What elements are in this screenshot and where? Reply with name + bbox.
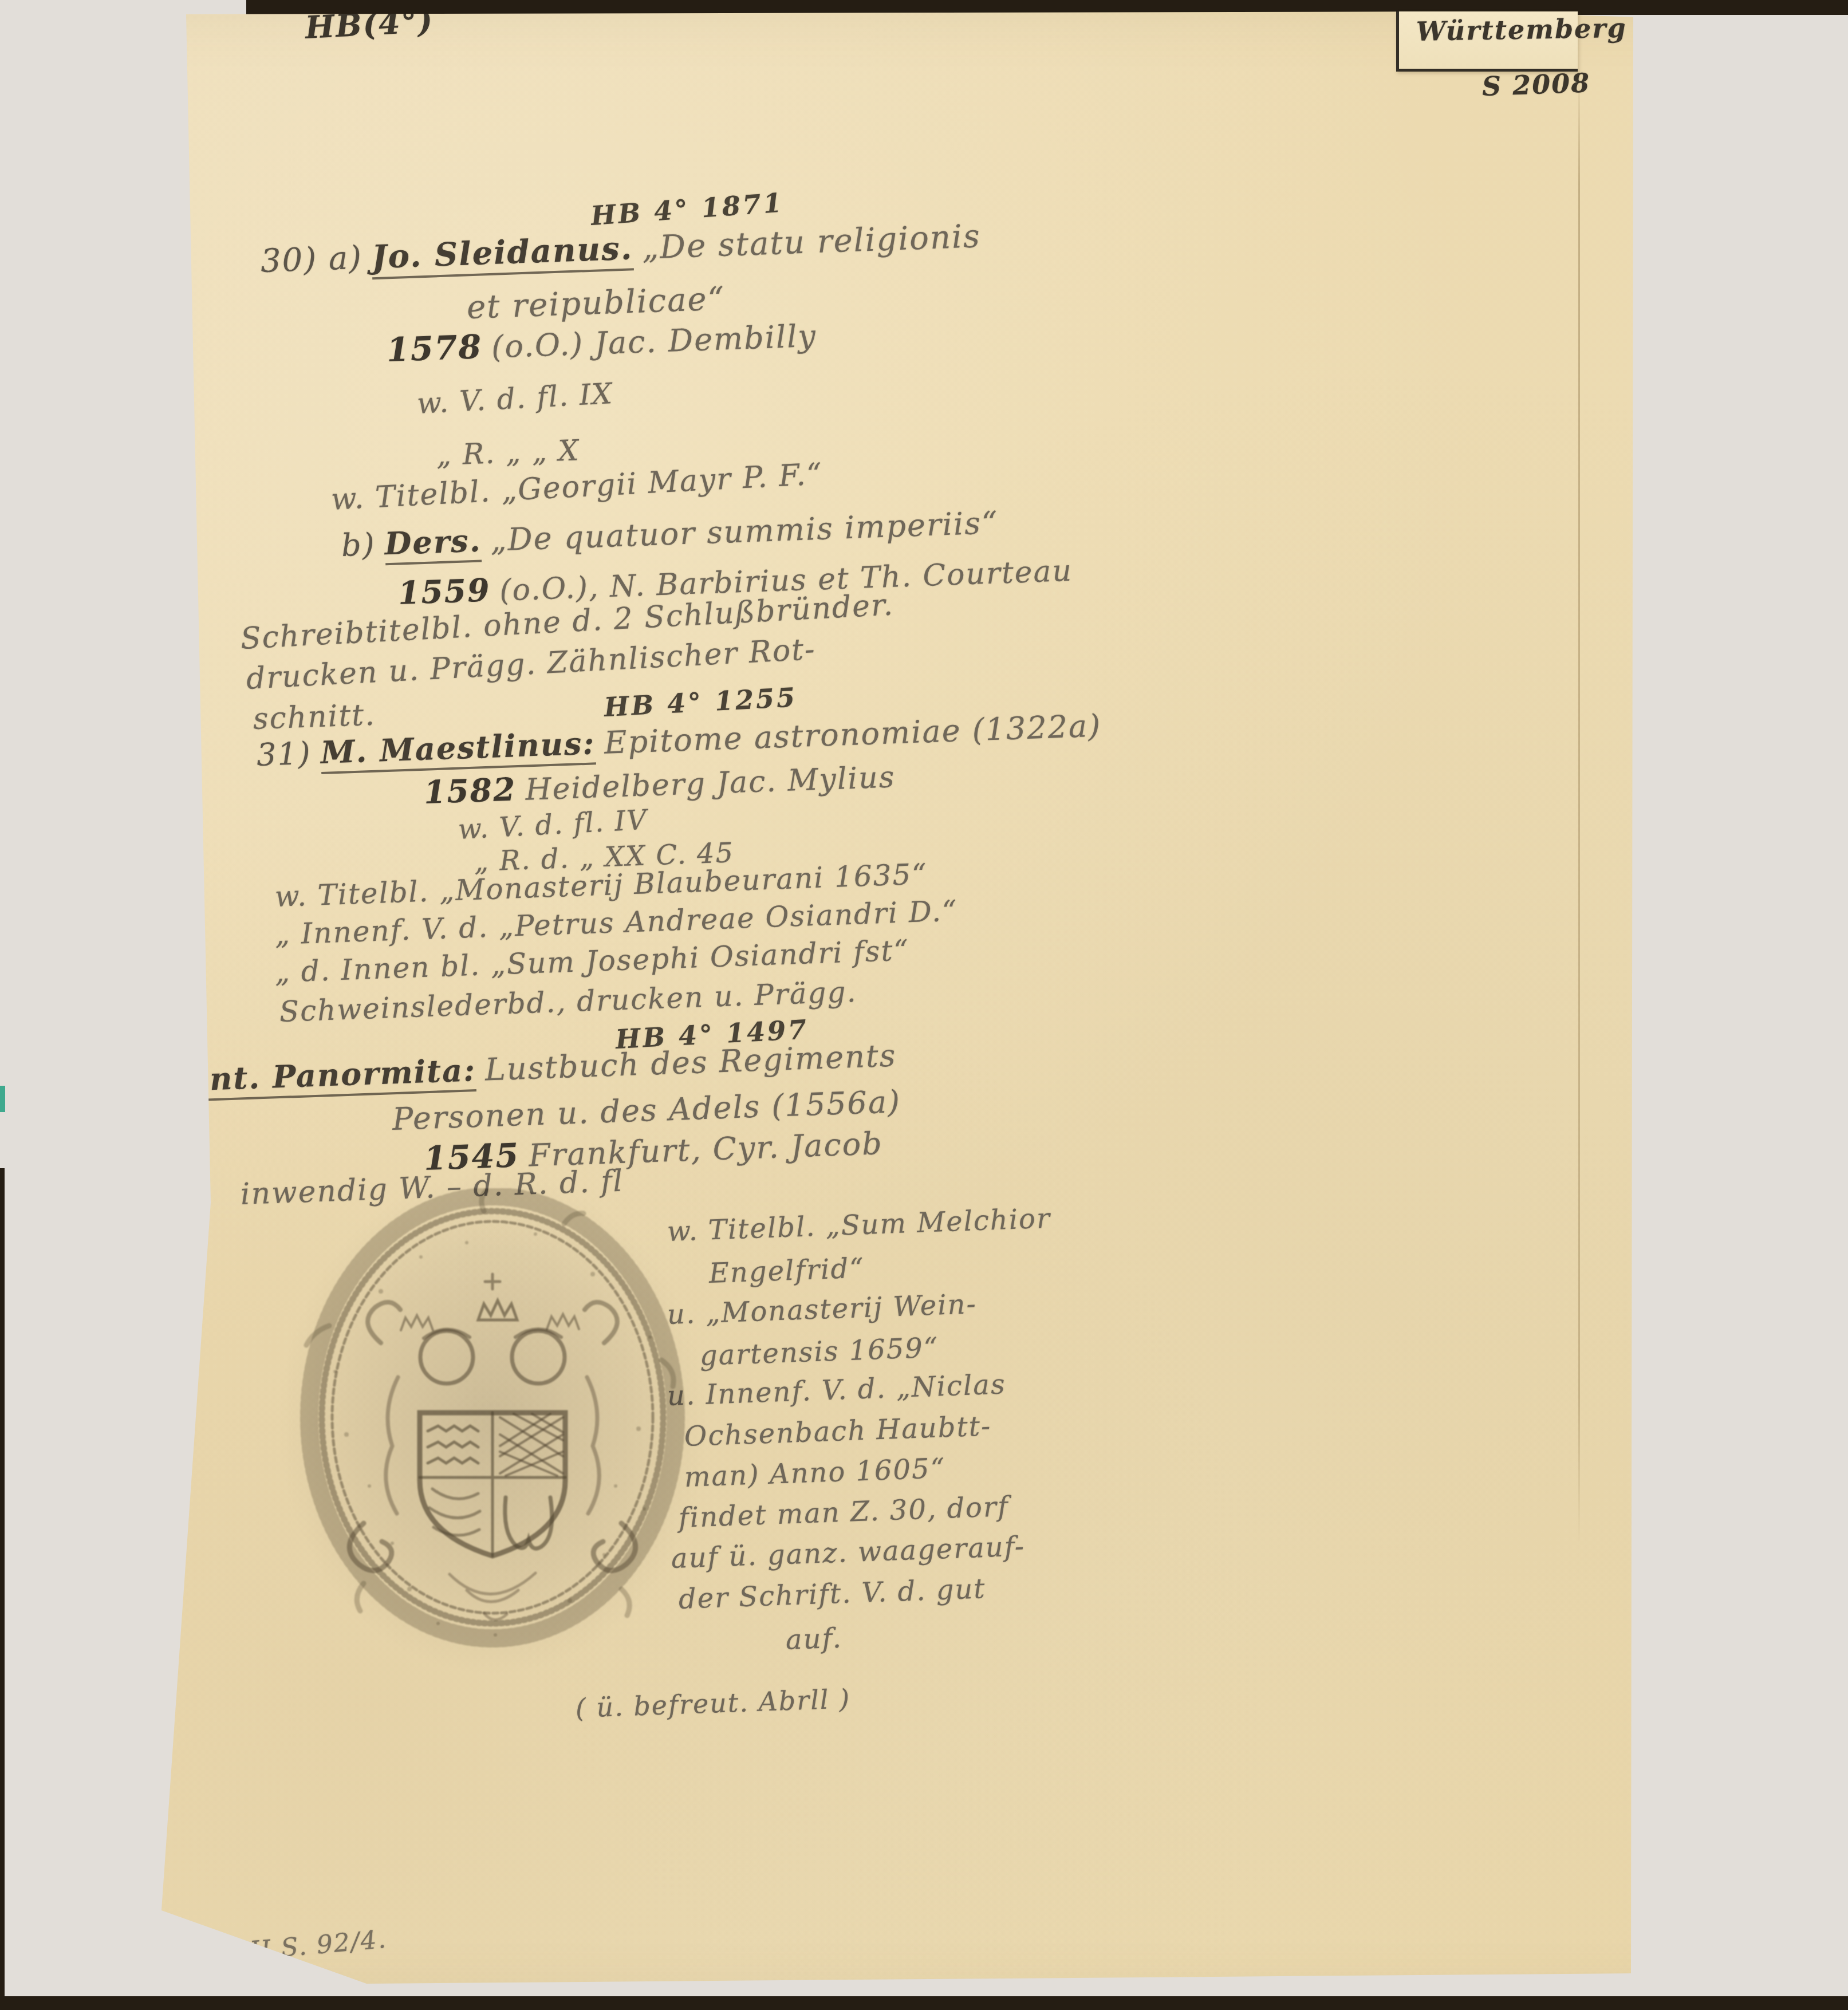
coat-of-arms-seal xyxy=(295,1188,690,1658)
scan-edge-bottom xyxy=(0,1996,1848,2010)
imprint-year: 1578 xyxy=(386,328,483,369)
entry-number: 31) xyxy=(256,735,312,773)
entry-line: „ R. „ „ X xyxy=(436,433,589,472)
imprint-year: 1582 xyxy=(423,770,517,811)
paper-crease xyxy=(1578,66,1580,1543)
scan-edge-left xyxy=(0,1168,5,2010)
manuscript-sheet: HB(4°) S 2008 HB 4° 1871 30) a)Jo. Sleid… xyxy=(0,0,1848,2010)
entry-line: schnitt. xyxy=(253,697,385,736)
scanned-catalog-page: HB(4°) S 2008 HB 4° 1871 30) a)Jo. Sleid… xyxy=(0,0,1848,2010)
region-label: Württemberg xyxy=(1416,13,1628,47)
scan-edge-teal-mark xyxy=(0,1086,5,1112)
coat-of-arms-drawing xyxy=(295,1188,690,1658)
author-name: Ders. xyxy=(384,522,482,565)
imprint-year: 1559 xyxy=(397,571,491,612)
region-label-slip: Württemberg xyxy=(1396,11,1578,72)
paper-texture xyxy=(0,0,1848,2010)
entry-number: 30) a) xyxy=(260,239,363,280)
accession-number: S 2008 xyxy=(1481,67,1591,102)
red-entry-number: 1) xyxy=(132,1059,176,1101)
note-line: Engelfrid“ xyxy=(708,1252,874,1290)
note-line: auf. xyxy=(785,1622,852,1656)
entry-letter: b) xyxy=(341,526,376,563)
